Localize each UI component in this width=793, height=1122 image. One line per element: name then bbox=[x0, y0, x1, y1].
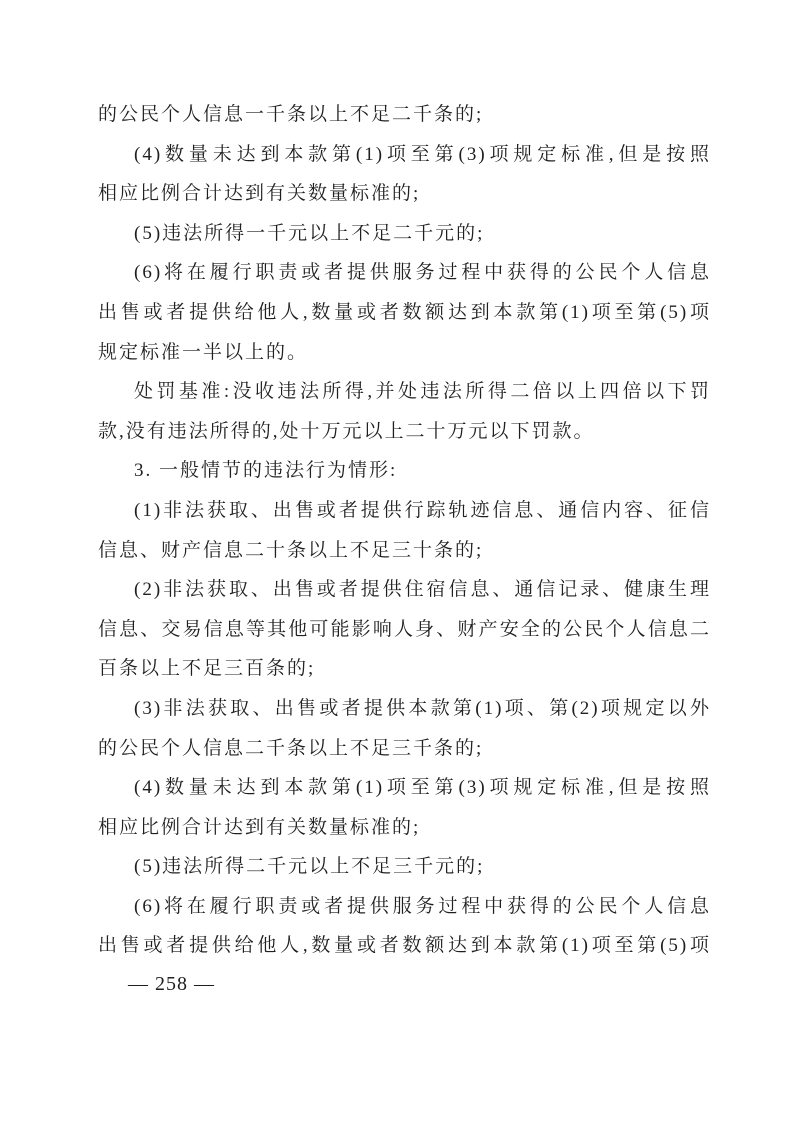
text-line: 出售或者提供给他人,数量或者数额达到本款第(1)项至第(5)项 bbox=[98, 293, 711, 333]
text-line: 相应比例合计达到有关数量标准的; bbox=[98, 808, 711, 848]
text-line: (5)违法所得一千元以上不足二千元的; bbox=[98, 214, 711, 254]
text-line: 的公民个人信息二千条以上不足三千条的; bbox=[98, 729, 711, 769]
text-line: 百条以上不足三百条的; bbox=[98, 649, 711, 689]
text-line: (4)数量未达到本款第(1)项至第(3)项规定标准,但是按照 bbox=[98, 768, 711, 808]
text-line: 处罚基准:没收违法所得,并处违法所得二倍以上四倍以下罚 bbox=[98, 372, 711, 412]
text-line: (6)将在履行职责或者提供服务过程中获得的公民个人信息 bbox=[98, 253, 711, 293]
text-line: 的公民个人信息一千条以上不足二千条的; bbox=[98, 95, 711, 135]
text-line: 规定标准一半以上的。 bbox=[98, 333, 711, 373]
text-line: (6)将在履行职责或者提供服务过程中获得的公民个人信息 bbox=[98, 887, 711, 927]
text-line: (5)违法所得二千元以上不足三千元的; bbox=[98, 847, 711, 887]
text-line: (4)数量未达到本款第(1)项至第(3)项规定标准,但是按照 bbox=[98, 135, 711, 175]
page-number-footer: — 258 — bbox=[128, 969, 215, 999]
text-line: 出售或者提供给他人,数量或者数额达到本款第(1)项至第(5)项 bbox=[98, 926, 711, 966]
text-line: 信息、交易信息等其他可能影响人身、财产安全的公民个人信息二 bbox=[98, 610, 711, 650]
text-line: 信息、财产信息二十条以上不足三十条的; bbox=[98, 531, 711, 571]
text-line: (1)非法获取、出售或者提供行踪轨迹信息、通信内容、征信 bbox=[98, 491, 711, 531]
document-page: 的公民个人信息一千条以上不足二千条的;(4)数量未达到本款第(1)项至第(3)项… bbox=[0, 0, 793, 1122]
text-line: (2)非法获取、出售或者提供住宿信息、通信记录、健康生理 bbox=[98, 570, 711, 610]
text-block: 的公民个人信息一千条以上不足二千条的;(4)数量未达到本款第(1)项至第(3)项… bbox=[98, 95, 711, 966]
text-line: 款,没有违法所得的,处十万元以上二十万元以下罚款。 bbox=[98, 412, 711, 452]
text-line: 3. 一般情节的违法行为情形: bbox=[98, 451, 711, 491]
text-line: 相应比例合计达到有关数量标准的; bbox=[98, 174, 711, 214]
text-line: (3)非法获取、出售或者提供本款第(1)项、第(2)项规定以外 bbox=[98, 689, 711, 729]
